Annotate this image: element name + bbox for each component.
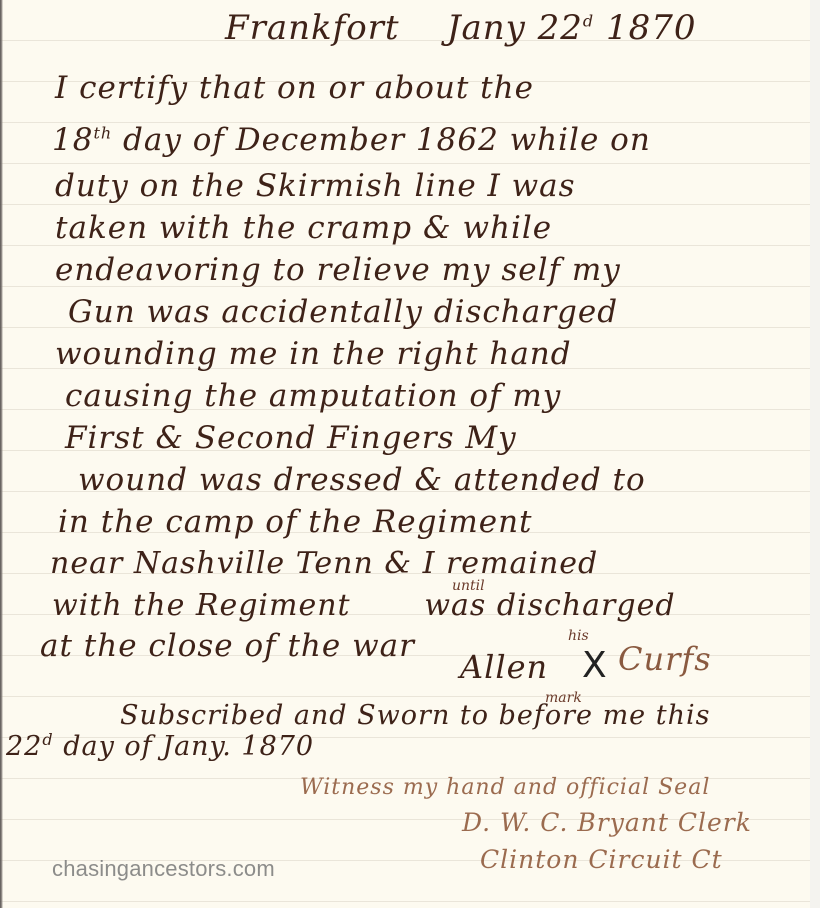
day-number: 18 (52, 122, 93, 158)
body-line-6: Gun was accidentally discharged (68, 294, 618, 330)
heading-place: Frankfort (225, 8, 400, 48)
signature-last-name: Curfs (618, 640, 712, 678)
body-line-12: near Nashville Tenn & I remained (50, 546, 598, 581)
interlinear-until: until (452, 578, 485, 594)
clerk-witness: Witness my hand and official Seal (300, 775, 710, 800)
heading-date-sup: d (583, 12, 594, 31)
jurat-line-1: Subscribed and Sworn to before me this (120, 700, 710, 731)
body-line-13: with the Regiment was discharged (52, 588, 676, 623)
heading-year: 1870 (606, 8, 697, 48)
body-line-10: wound was dressed & attended to (78, 462, 646, 498)
body-line-1: I certify that on or about the (55, 70, 534, 106)
clerk-court: Clinton Circuit Ct (480, 845, 723, 874)
body-line-11: in the camp of the Regiment (58, 504, 533, 540)
page-right-margin (810, 0, 820, 908)
body-line-14: at the close of the war (40, 628, 415, 664)
line2-rest: day of December 1862 while on (123, 122, 651, 158)
clerk-name: D. W. C. Bryant Clerk (462, 808, 752, 837)
signature-his: his (568, 628, 589, 644)
day-sup: th (93, 124, 112, 143)
signature-first-name: Allen (460, 648, 548, 686)
body-line-9: First & Second Fingers My (65, 420, 517, 456)
heading-date: Jany 22 (447, 8, 583, 48)
body-line-4: taken with the cramp & while (55, 210, 552, 246)
body-line-2: 18th day of December 1862 while on (52, 122, 651, 158)
jurat-rest: day of Jany. 1870 (63, 731, 314, 762)
jurat-line-2: 22d day of Jany. 1870 (6, 730, 314, 762)
jurat-day-sup: d (42, 730, 53, 749)
document-heading: Frankfort Jany 22d 1870 (225, 8, 697, 48)
watermark: chasingancestors.com (52, 856, 275, 882)
body-line-5: endeavoring to relieve my self my (55, 252, 621, 288)
jurat-day: 22 (6, 731, 42, 762)
body-line-8: causing the amputation of my (65, 378, 561, 414)
body-line-3: duty on the Skirmish line I was (55, 168, 576, 204)
body-line-7: wounding me in the right hand (55, 336, 572, 372)
page-left-edge (0, 0, 3, 908)
signature-mark-x: X (582, 645, 607, 686)
line13-pre: with the Regiment (52, 588, 351, 623)
